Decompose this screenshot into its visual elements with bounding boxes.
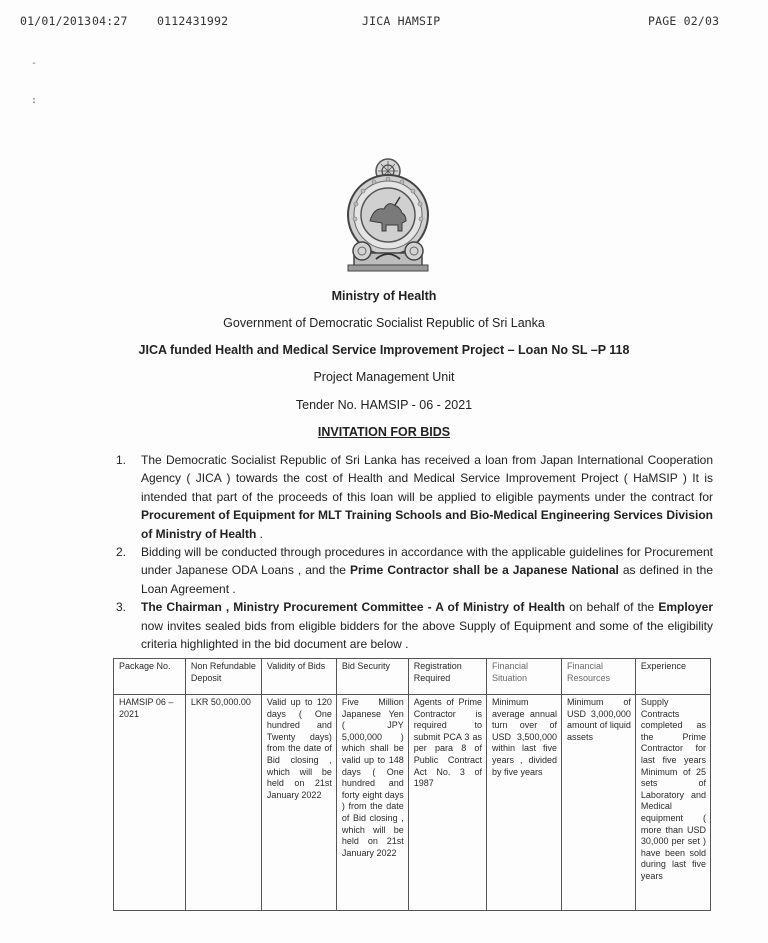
fax-time: 04:27 — [92, 14, 128, 28]
paragraph-text: on behalf of the — [565, 600, 658, 614]
paragraph-1: 1. The Democratic Socialist Republic of … — [113, 451, 713, 543]
paragraph-number: 3. — [116, 598, 126, 616]
fax-sender: JICA HAMSIP — [362, 14, 440, 28]
paragraph-number: 1. — [116, 451, 126, 469]
column-header-financial-situation: Financial Situation — [486, 659, 561, 695]
column-header-bid-security: Bid Security — [336, 659, 408, 695]
paragraph-3: 3. The Chairman , Ministry Procurement C… — [113, 598, 713, 653]
ministry-heading: Ministry of Health — [100, 289, 668, 303]
cell-financial-situation: Minimum average annual turn over of USD … — [486, 695, 561, 911]
project-heading: JICA funded Health and Medical Service I… — [100, 343, 668, 357]
column-header-financial-resources: Financial Resources — [561, 659, 635, 695]
table-header-row: Package No. Non Refundable Deposit Valid… — [114, 659, 711, 695]
paragraph-bold-text: The Chairman , Ministry Procurement Comm… — [141, 600, 565, 614]
sri-lanka-national-emblem-icon — [340, 155, 436, 280]
paragraph-text: The Democratic Socialist Republic of Sri… — [141, 453, 713, 504]
column-header-experience: Experience — [635, 659, 710, 695]
cell-package-no: HAMSIP 06 – 2021 — [114, 695, 186, 911]
stray-mark: : — [31, 95, 37, 106]
cell-bid-security: Five Million Japanese Yen ( JPY 5,000,00… — [336, 695, 408, 911]
paragraph-bold-text: Employer — [658, 600, 713, 614]
column-header-deposit: Non Refundable Deposit — [185, 659, 261, 695]
paragraph-text: now invites sealed bids from eligible bi… — [141, 619, 713, 651]
cell-deposit: LKR 50,000.00 — [185, 695, 261, 911]
fax-date: 01/01/2013 — [20, 14, 91, 28]
fax-number: 0112431992 — [157, 14, 228, 28]
fax-header: 01/01/2013 04:27 0112431992 JICA HAMSIP … — [0, 14, 768, 30]
numbered-paragraphs: 1. The Democratic Socialist Republic of … — [113, 451, 713, 653]
cell-experience: Supply Contracts completed as the Prime … — [635, 695, 710, 911]
cell-financial-resources: Minimum of USD 3,000,000 amount of liqui… — [561, 695, 635, 911]
column-header-package-no: Package No. — [114, 659, 186, 695]
paragraph-bold-text: Prime Contractor shall be a Japanese Nat… — [350, 563, 619, 577]
column-header-validity: Validity of Bids — [261, 659, 336, 695]
table-row: HAMSIP 06 – 2021 LKR 50,000.00 Valid up … — [114, 695, 711, 911]
paragraph-2: 2. Bidding will be conducted through pro… — [113, 543, 713, 598]
cell-registration: Agents of Prime Contractor is required t… — [408, 695, 486, 911]
paragraph-text: . — [256, 527, 263, 541]
scanned-fax-page: 01/01/2013 04:27 0112431992 JICA HAMSIP … — [0, 0, 768, 943]
government-heading: Government of Democratic Socialist Repub… — [100, 316, 668, 330]
fax-page-number: PAGE 02/03 — [648, 14, 719, 28]
column-header-registration: Registration Required — [408, 659, 486, 695]
paragraph-number: 2. — [116, 543, 126, 561]
cell-validity: Valid up to 120 days ( One hundred and T… — [261, 695, 336, 911]
tender-number: Tender No. HAMSIP - 06 - 2021 — [100, 398, 668, 412]
stray-mark: - — [31, 58, 37, 69]
document-title: INVITATION FOR BIDS — [100, 425, 668, 439]
paragraph-bold-text: Procurement of Equipment for MLT Trainin… — [141, 508, 713, 540]
eligibility-criteria-table: Package No. Non Refundable Deposit Valid… — [113, 658, 711, 911]
unit-heading: Project Management Unit — [100, 370, 668, 384]
